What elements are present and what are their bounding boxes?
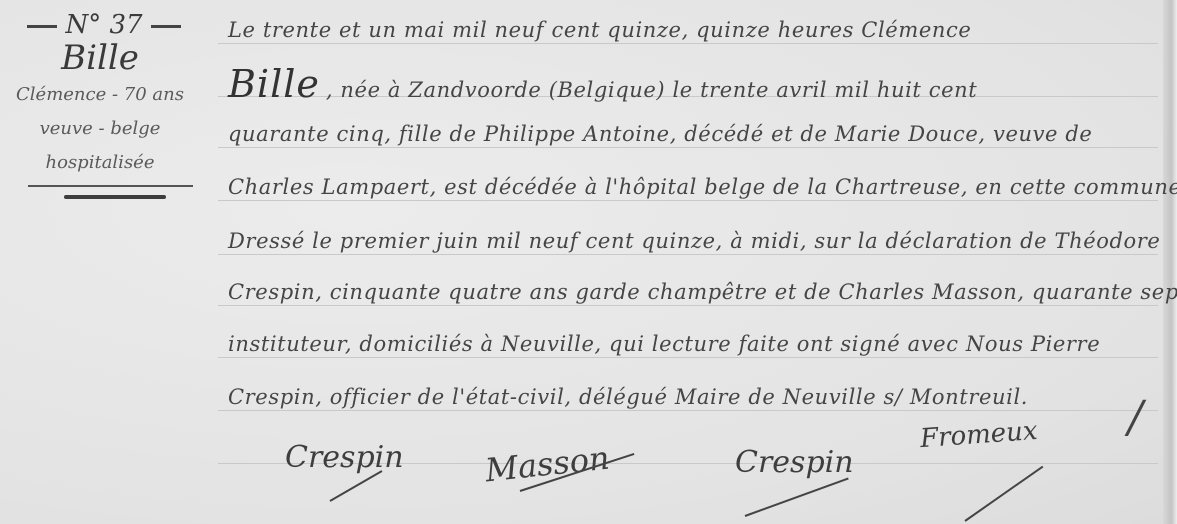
signatures-block: Crespin Masson Crespin Fromeux (0, 0, 1177, 524)
signature-fromeux: Fromeux (919, 416, 1038, 454)
register-page: N° 37 Bille Clémence - 70 ans veuve - be… (0, 0, 1177, 524)
signature-officer-crespin: Crespin (735, 445, 854, 480)
signature-flourish (745, 477, 849, 517)
signature-flourish (964, 466, 1043, 522)
signature-declarant-crespin: Crespin (285, 440, 404, 475)
